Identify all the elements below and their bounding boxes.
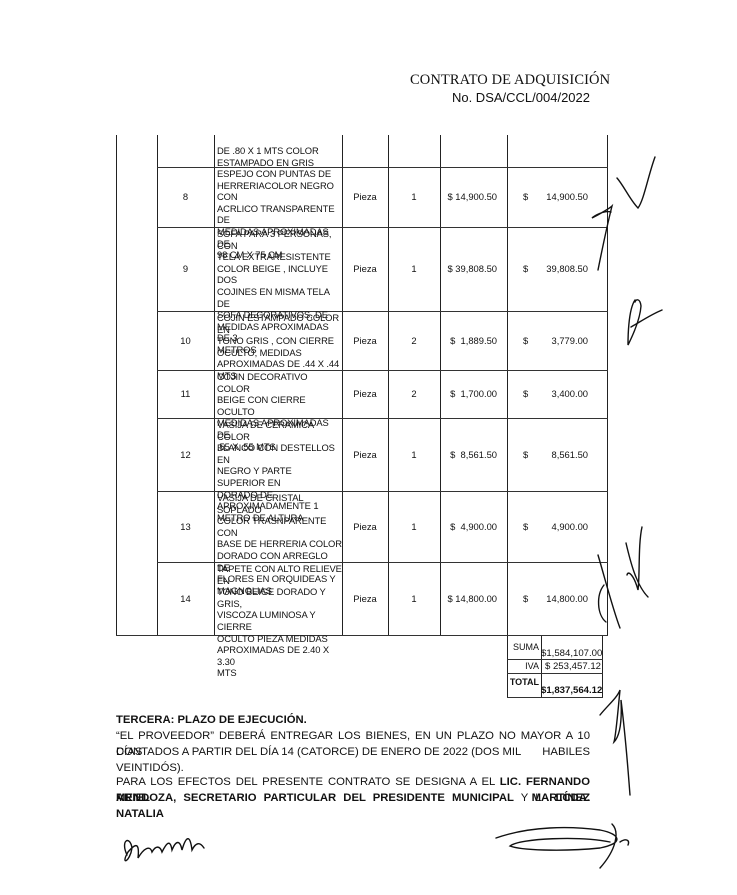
initial-signature — [592, 206, 612, 270]
loop-signature — [628, 300, 662, 345]
bottom-left-signature — [125, 839, 204, 861]
checkmark-signature — [617, 157, 655, 208]
margin-signature — [600, 690, 630, 795]
handwritten-signatures — [0, 0, 737, 895]
table-signature-1 — [598, 555, 620, 628]
bottom-right-signature — [496, 824, 629, 868]
table-signature-2 — [626, 527, 648, 597]
